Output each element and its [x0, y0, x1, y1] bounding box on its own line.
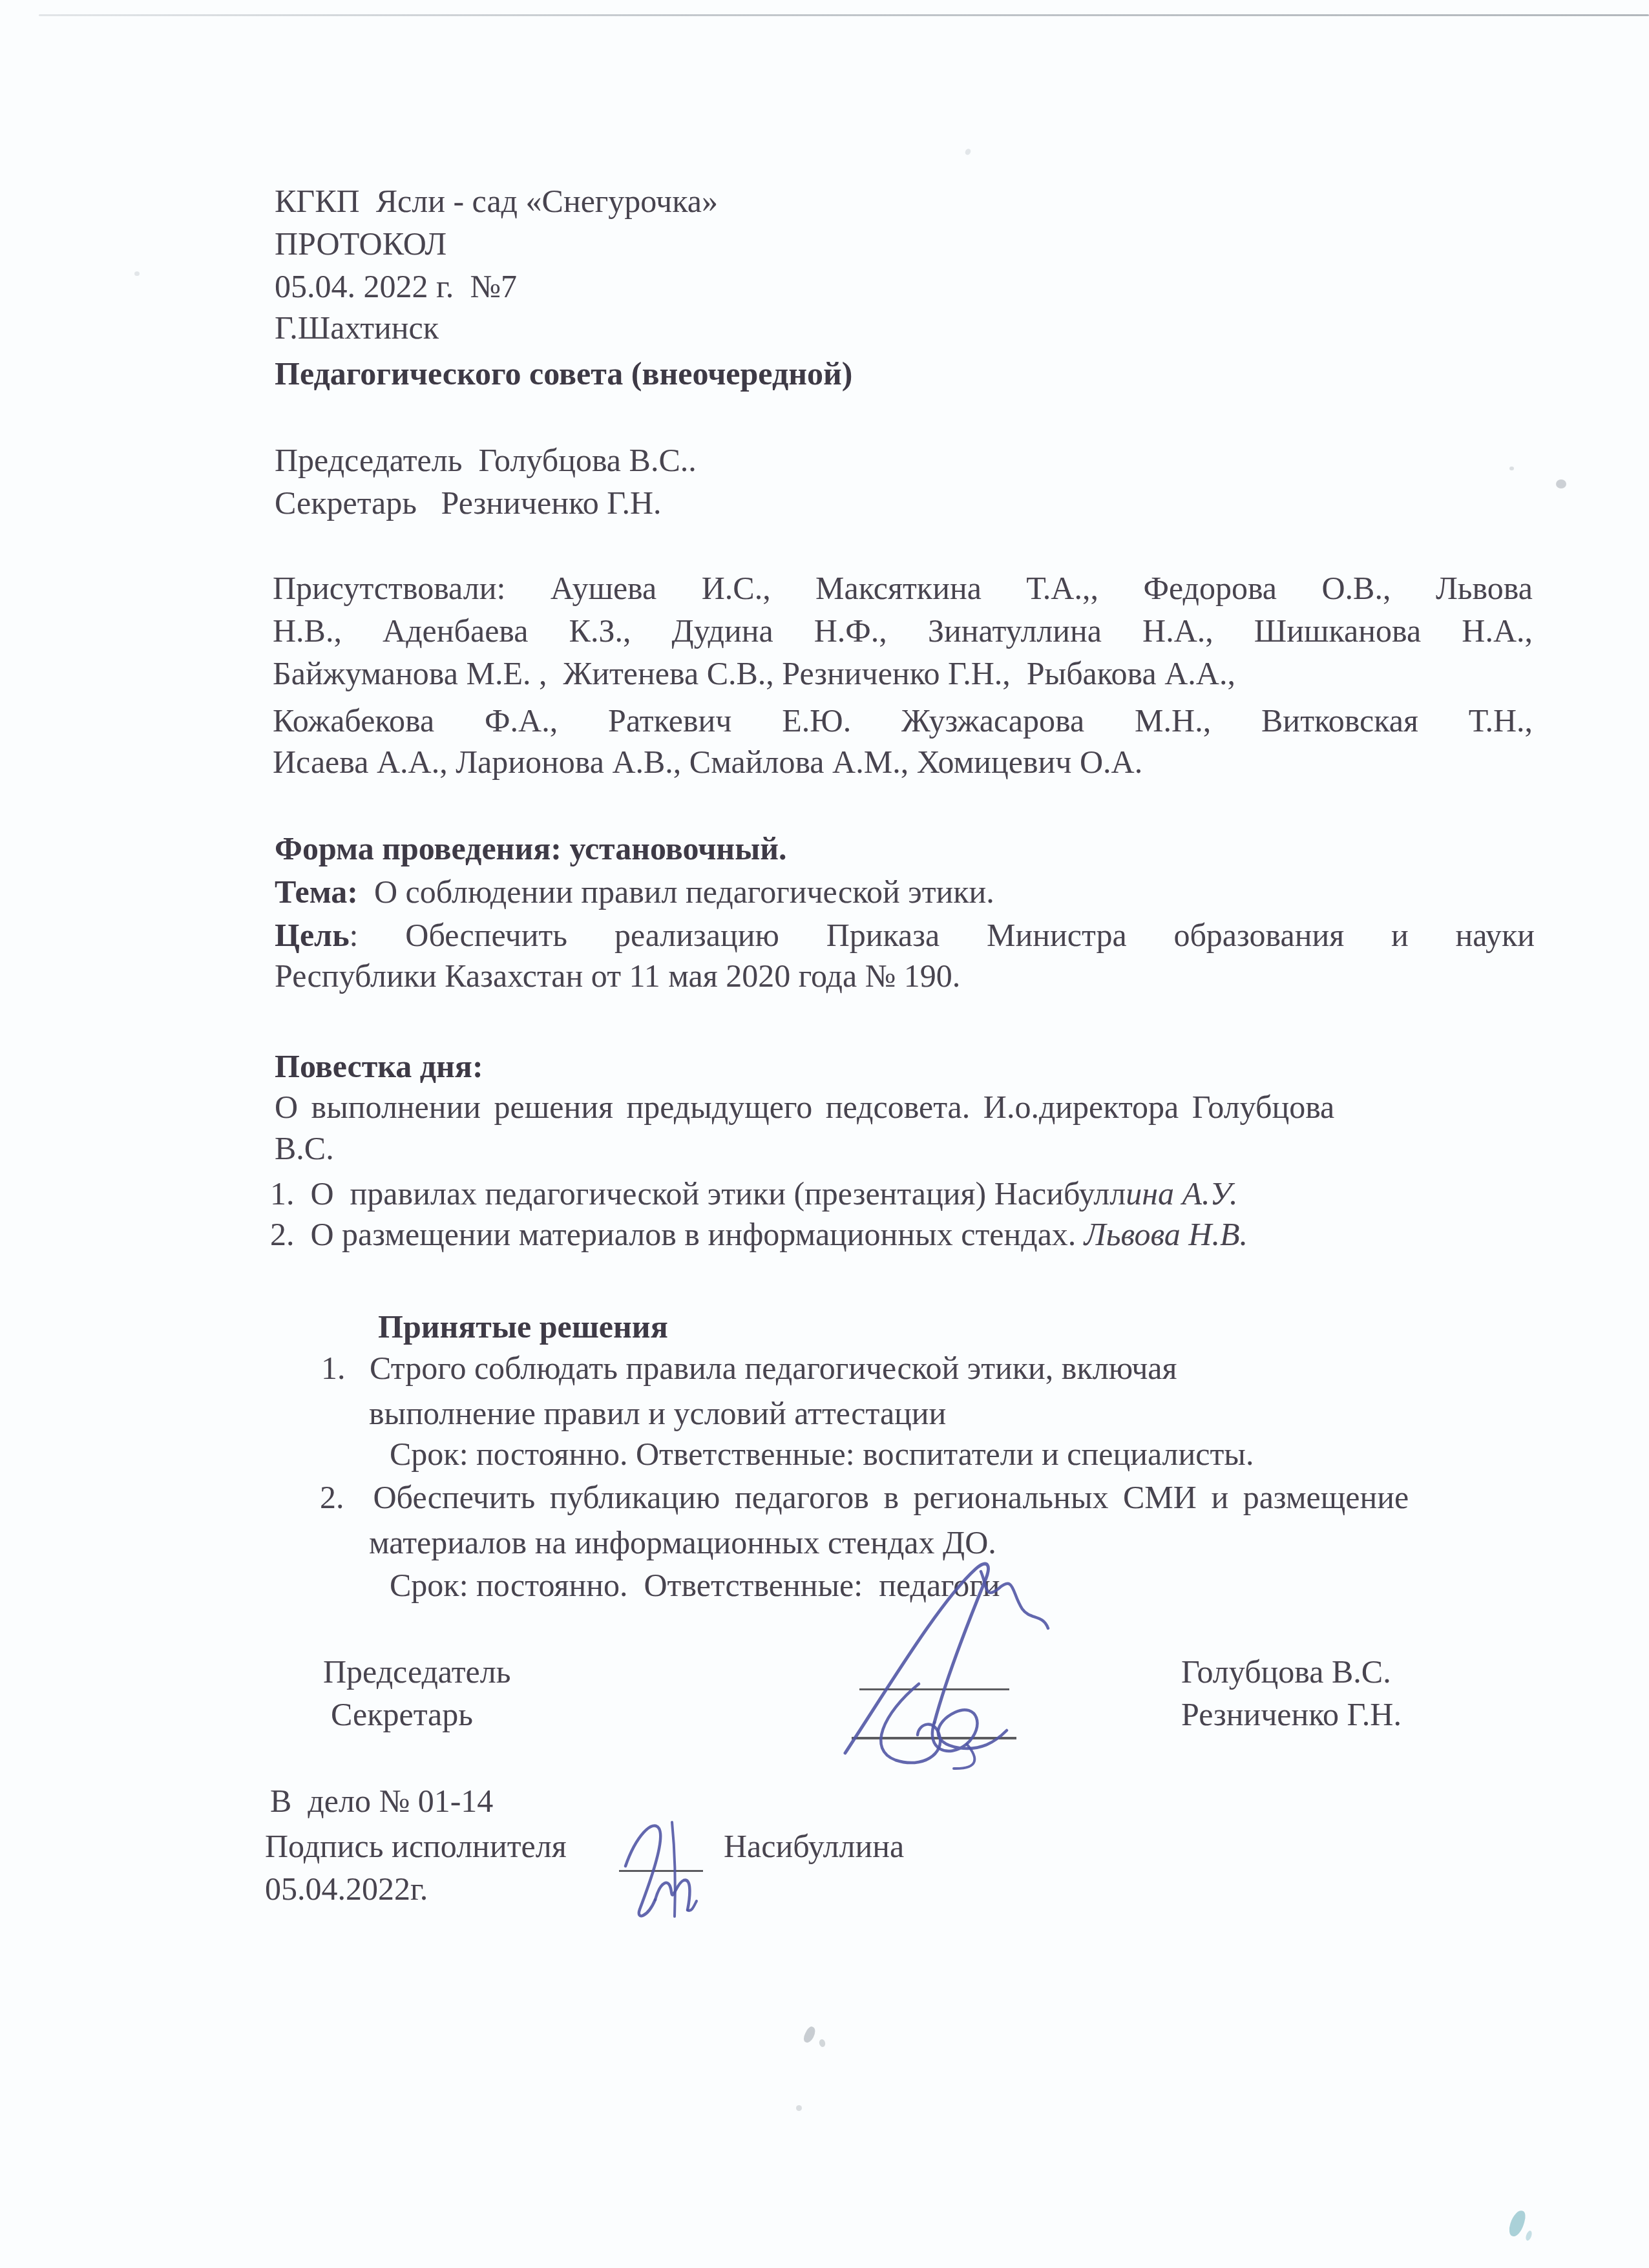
goal-continuation: Республики Казахстан от 11 мая 2020 года… [275, 954, 960, 997]
attendees-line-2: Н.В., Аденбаева К.З., Дудина Н.Ф., Зинат… [273, 609, 1533, 652]
attendees-line-5: Исаева А.А., Ларионова А.В., Смайлова А.… [273, 740, 1142, 783]
topic-label: Тема: [275, 874, 358, 910]
secretary-line: Секретарь Резниченко Г.Н. [275, 481, 662, 524]
scan-speck [1509, 467, 1514, 470]
format-line: Форма проведения: установочный. [275, 827, 787, 870]
scan-speck [134, 271, 140, 276]
document-type: ПРОТОКОЛ [275, 222, 446, 265]
council-title: Педагогического совета (внеочередной) [275, 352, 852, 395]
topic-text: О соблюдении правил педагогической этики… [358, 874, 994, 910]
chairman-secretary-signature-scribble [821, 1556, 1098, 1769]
scan-artifact-top-line [39, 14, 1649, 16]
scan-speck [796, 2105, 802, 2111]
agenda-intro-line-1: О выполнении решения предыдущего педсове… [275, 1086, 1334, 1128]
chairman-line: Председатель Голубцова В.С.. [275, 439, 697, 481]
scan-speck [819, 2039, 826, 2048]
decision-1-line-1: 1. Строго соблюдать правила педагогическ… [321, 1347, 1177, 1389]
agenda-item-1: 1. О правилах педагогической этики (през… [270, 1172, 1238, 1215]
topic-line: Тема: О соблюдении правил педагогической… [275, 870, 994, 913]
attendees-line-3: Байжуманова М.Е. , Житенева С.В., Резнич… [273, 652, 1235, 695]
organization-line: КГКП Ясли - сад «Снегурочка» [275, 180, 718, 222]
agenda-item-1-speaker: ина А.У. [1126, 1175, 1237, 1212]
secretary-signature-label: Секретарь [331, 1693, 473, 1736]
goal-label: Цель [275, 917, 350, 953]
decision-2-line-1: 2. Обеспечить публикацию педагогов в рег… [320, 1476, 1409, 1518]
decisions-heading: Принятые решения [378, 1305, 668, 1348]
agenda-intro-line-2: В.С. [275, 1127, 334, 1170]
scan-speck [964, 148, 972, 156]
city-line: Г.Шахтинск [275, 306, 439, 349]
executor-label: Подпись исполнителя [265, 1825, 567, 1867]
agenda-item-2-speaker: Львова Н.В. [1084, 1216, 1248, 1252]
chairman-name: Голубцова В.С. [1181, 1650, 1391, 1693]
scanned-protocol-document: КГКП Ясли - сад «Снегурочка» ПРОТОКОЛ 05… [0, 0, 1649, 2268]
decision-1-line-3: Срок: постоянно. Ответственные: воспитат… [390, 1433, 1254, 1475]
attendees-line-1: Присутствовали: Аушева И.С., Максяткина … [273, 567, 1533, 609]
teal-ink-speck [1525, 2230, 1533, 2242]
file-number-line: В дело № 01-14 [270, 1780, 493, 1822]
scan-speck [1556, 479, 1566, 488]
agenda-heading: Повестка дня: [275, 1045, 483, 1087]
goal-text: : Обеспечить реализацию Приказа Министра… [350, 917, 1535, 953]
attendees-line-4: Кожабекова Ф.А., Раткевич Е.Ю. Жузжасаро… [273, 699, 1533, 742]
executor-name: Насибуллина [724, 1825, 904, 1867]
goal-line: Цель: Обеспечить реализацию Приказа Мини… [275, 914, 1535, 956]
footer-date: 05.04.2022г. [265, 1867, 428, 1910]
teal-ink-speck [1507, 2209, 1528, 2238]
executor-signature-scribble [607, 1809, 724, 1919]
secretary-name: Резниченко Г.Н. [1181, 1693, 1402, 1736]
agenda-item-2: 2. О размещении материалов в информацион… [270, 1213, 1248, 1255]
chairman-signature-label: Председатель [323, 1650, 511, 1693]
decision-1-line-2: выполнение правил и условий аттестации [369, 1392, 946, 1434]
scan-speck [802, 2025, 818, 2044]
date-number-line: 05.04. 2022 г. №7 [275, 265, 517, 308]
